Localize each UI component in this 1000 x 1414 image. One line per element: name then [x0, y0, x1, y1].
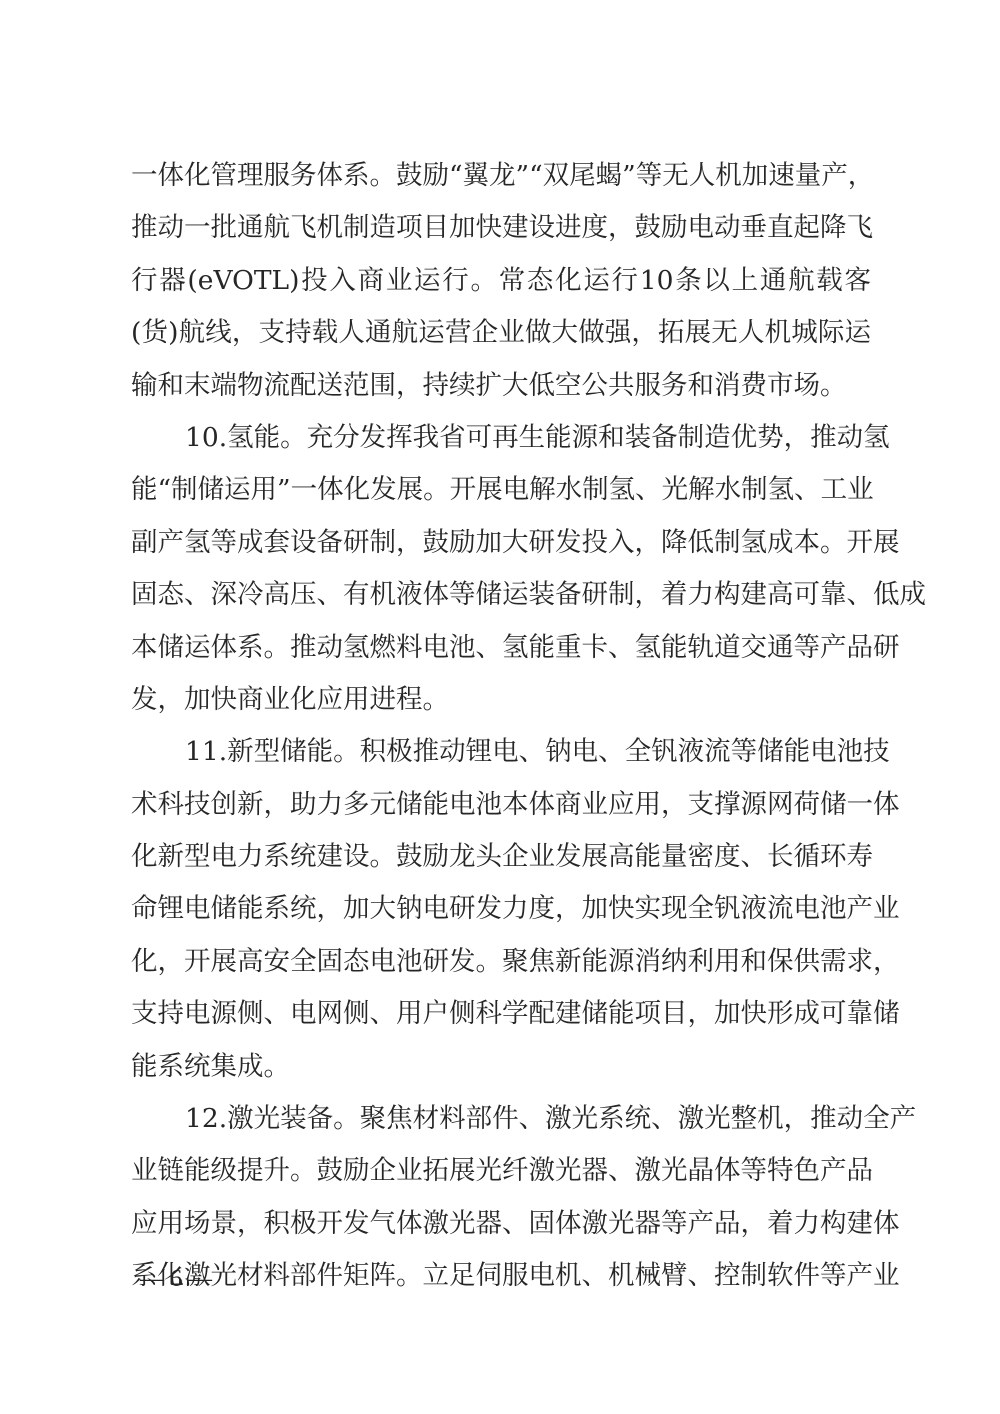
text-line: 能“制储运用”一体化发展。开展电解水制氢、光解水制氢、工业: [131, 468, 871, 520]
line-text: 化新型电力系统建设。鼓励龙头企业发展高能量密度、长循环寿: [131, 835, 871, 887]
text-line: 应用场景，积极开发气体激光器、固体激光器等产品，着力构建体: [131, 1202, 871, 1254]
line-text: 一体化管理服务体系。鼓励“翼龙”“双尾蝎”等无人机加速量产，: [131, 154, 871, 206]
line-text: 11.新型储能。积极推动锂电、钠电、全钒液流等储能电池技: [131, 730, 890, 782]
text-line: 支持电源侧、电网侧、用户侧科学配建储能项目，加快形成可靠储: [131, 992, 871, 1044]
text-line: 本储运体系。推动氢燃料电池、氢能重卡、氢能轨道交通等产品研: [131, 626, 871, 678]
line-text: 12.激光装备。聚焦材料部件、激光系统、激光整机，推动全产: [131, 1097, 916, 1149]
line-text: 发，加快商业化应用进程。: [131, 678, 871, 730]
section-heading-line: 10.氢能。充分发挥我省可再生能源和装备制造优势，推动氢: [131, 416, 871, 468]
line-text: 化，开展高安全固态电池研发。聚焦新能源消纳利用和保供需求，: [131, 940, 871, 992]
document-page: 一体化管理服务体系。鼓励“翼龙”“双尾蝎”等无人机加速量产， 推动一批通航飞机制…: [0, 0, 1000, 1414]
text-line: 输和末端物流配送范围，持续扩大低空公共服务和消费市场。: [131, 364, 871, 416]
text-line: 能系统集成。: [131, 1045, 871, 1097]
line-text: 本储运体系。推动氢燃料电池、氢能重卡、氢能轨道交通等产品研: [131, 626, 871, 678]
line-text: 业链能级提升。鼓励企业拓展光纤激光器、激光晶体等特色产品: [131, 1149, 871, 1201]
line-text: 能“制储运用”一体化发展。开展电解水制氢、光解水制氢、工业: [131, 468, 871, 520]
line-text: 能系统集成。: [131, 1045, 871, 1097]
line-text: 命锂电储能系统，加大钠电研发力度，加快实现全钒液流电池产业: [131, 887, 871, 939]
text-line: 术科技创新，助力多元储能电池本体商业应用，支撑源网荷储一体: [131, 783, 871, 835]
text-line: 一体化管理服务体系。鼓励“翼龙”“双尾蝎”等无人机加速量产，: [131, 154, 871, 206]
line-text: 支持电源侧、电网侧、用户侧科学配建储能项目，加快形成可靠储: [131, 992, 871, 1044]
text-line: 推动一批通航飞机制造项目加快建设进度，鼓励电动垂直起降飞: [131, 206, 871, 258]
text-line: 化新型电力系统建设。鼓励龙头企业发展高能量密度、长循环寿: [131, 835, 871, 887]
text-line: 固态、深冷高压、有机液体等储运装备研制，着力构建高可靠、低成: [131, 573, 871, 625]
text-line: 业链能级提升。鼓励企业拓展光纤激光器、激光晶体等特色产品: [131, 1149, 871, 1201]
text-line: 发，加快商业化应用进程。: [131, 678, 871, 730]
line-text: 术科技创新，助力多元储能电池本体商业应用，支撑源网荷储一体: [131, 783, 871, 835]
line-text: 推动一批通航飞机制造项目加快建设进度，鼓励电动垂直起降飞: [131, 206, 871, 258]
text-line: 行器(eVOTL)投入商业运行。常态化运行10条以上通航载客: [131, 259, 871, 311]
section-heading-line: 12.激光装备。聚焦材料部件、激光系统、激光整机，推动全产: [131, 1097, 871, 1149]
line-text: 系化激光材料部件矩阵。立足伺服电机、机械臂、控制软件等产业: [131, 1254, 871, 1306]
line-text: 行器(eVOTL)投入商业运行。常态化运行10条以上通航载客: [131, 259, 871, 311]
body-text: 一体化管理服务体系。鼓励“翼龙”“双尾蝎”等无人机加速量产， 推动一批通航飞机制…: [131, 154, 871, 1307]
text-line: 副产氢等成套设备研制，鼓励加大研发投入，降低制氢成本。开展: [131, 521, 871, 573]
text-line: (货)航线，支持载人通航运营企业做大做强，拓展无人机城际运: [131, 311, 871, 363]
line-text: 副产氢等成套设备研制，鼓励加大研发投入，降低制氢成本。开展: [131, 521, 871, 573]
line-text: (货)航线，支持载人通航运营企业做大做强，拓展无人机城际运: [131, 311, 871, 363]
text-line: 系化激光材料部件矩阵。立足伺服电机、机械臂、控制软件等产业: [131, 1254, 871, 1306]
line-text: 输和末端物流配送范围，持续扩大低空公共服务和消费市场。: [131, 364, 871, 416]
line-text: 固态、深冷高压、有机液体等储运装备研制，着力构建高可靠、低成: [131, 573, 871, 625]
line-text: 应用场景，积极开发气体激光器、固体激光器等产品，着力构建体: [131, 1202, 871, 1254]
line-text: 10.氢能。充分发挥我省可再生能源和装备制造优势，推动氢: [131, 416, 890, 468]
text-line: 化，开展高安全固态电池研发。聚焦新能源消纳利用和保供需求，: [131, 940, 871, 992]
page-number: — 6 —: [140, 1264, 212, 1294]
text-line: 命锂电储能系统，加大钠电研发力度，加快实现全钒液流电池产业: [131, 887, 871, 939]
section-heading-line: 11.新型储能。积极推动锂电、钠电、全钒液流等储能电池技: [131, 730, 871, 782]
